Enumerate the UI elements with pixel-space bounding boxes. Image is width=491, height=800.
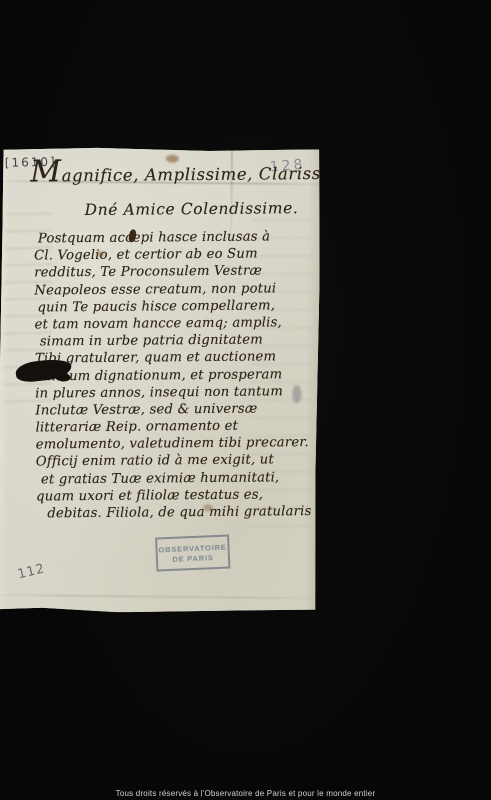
manuscript-line: omnium dignationum, et prosperam — [35, 366, 310, 386]
paper-stain — [203, 504, 213, 511]
manuscript-line: Officij enim ratio id à me exigit, ut — [36, 452, 311, 472]
manuscript-line: Postquam accepi hasce inclusas à — [38, 228, 309, 248]
manuscript-line: in plures annos, insequi non tantum — [35, 383, 310, 403]
handwritten-letter: Magnifice, Amplissime, Clarissime Dné Am… — [0, 144, 319, 147]
manuscript-scan: [1610] 128 112 Magnifice, Amplissime, Cl… — [0, 0, 491, 800]
stamp-line: DE PARIS — [158, 552, 228, 564]
manuscript-line: Neapoleos esse creatum, non potui — [34, 280, 309, 300]
copyright-footer: Tous droits réservés à l'Observatoire de… — [0, 789, 491, 798]
fold-crease — [0, 594, 316, 599]
manuscript-heading-line: Magnifice, Amplissime, Clarissime — [30, 164, 353, 186]
paper-stain — [97, 251, 105, 257]
letter-page: [1610] 128 112 Magnifice, Amplissime, Cl… — [0, 146, 321, 614]
manuscript-body: Postquam accepi hasce inclusas à Cl. Vog… — [34, 228, 312, 523]
manuscript-line: debitas. Filiola, de qua mihi gratularis — [47, 503, 311, 522]
margin-number-notation: 112 — [16, 561, 47, 582]
manuscript-line: et tam novam hancce eamq; amplis, — [35, 314, 310, 334]
manuscript-line: Tibi gratularer, quam et auctionem — [35, 348, 310, 368]
manuscript-heading-line: Dné Amice Colendissime. — [85, 199, 299, 219]
observatoire-stamp: OBSERVATOIRE DE PARIS — [155, 534, 230, 571]
paper-stain — [166, 155, 179, 163]
manuscript-line: et gratias Tuæ eximiæ humanitati, — [41, 469, 311, 489]
